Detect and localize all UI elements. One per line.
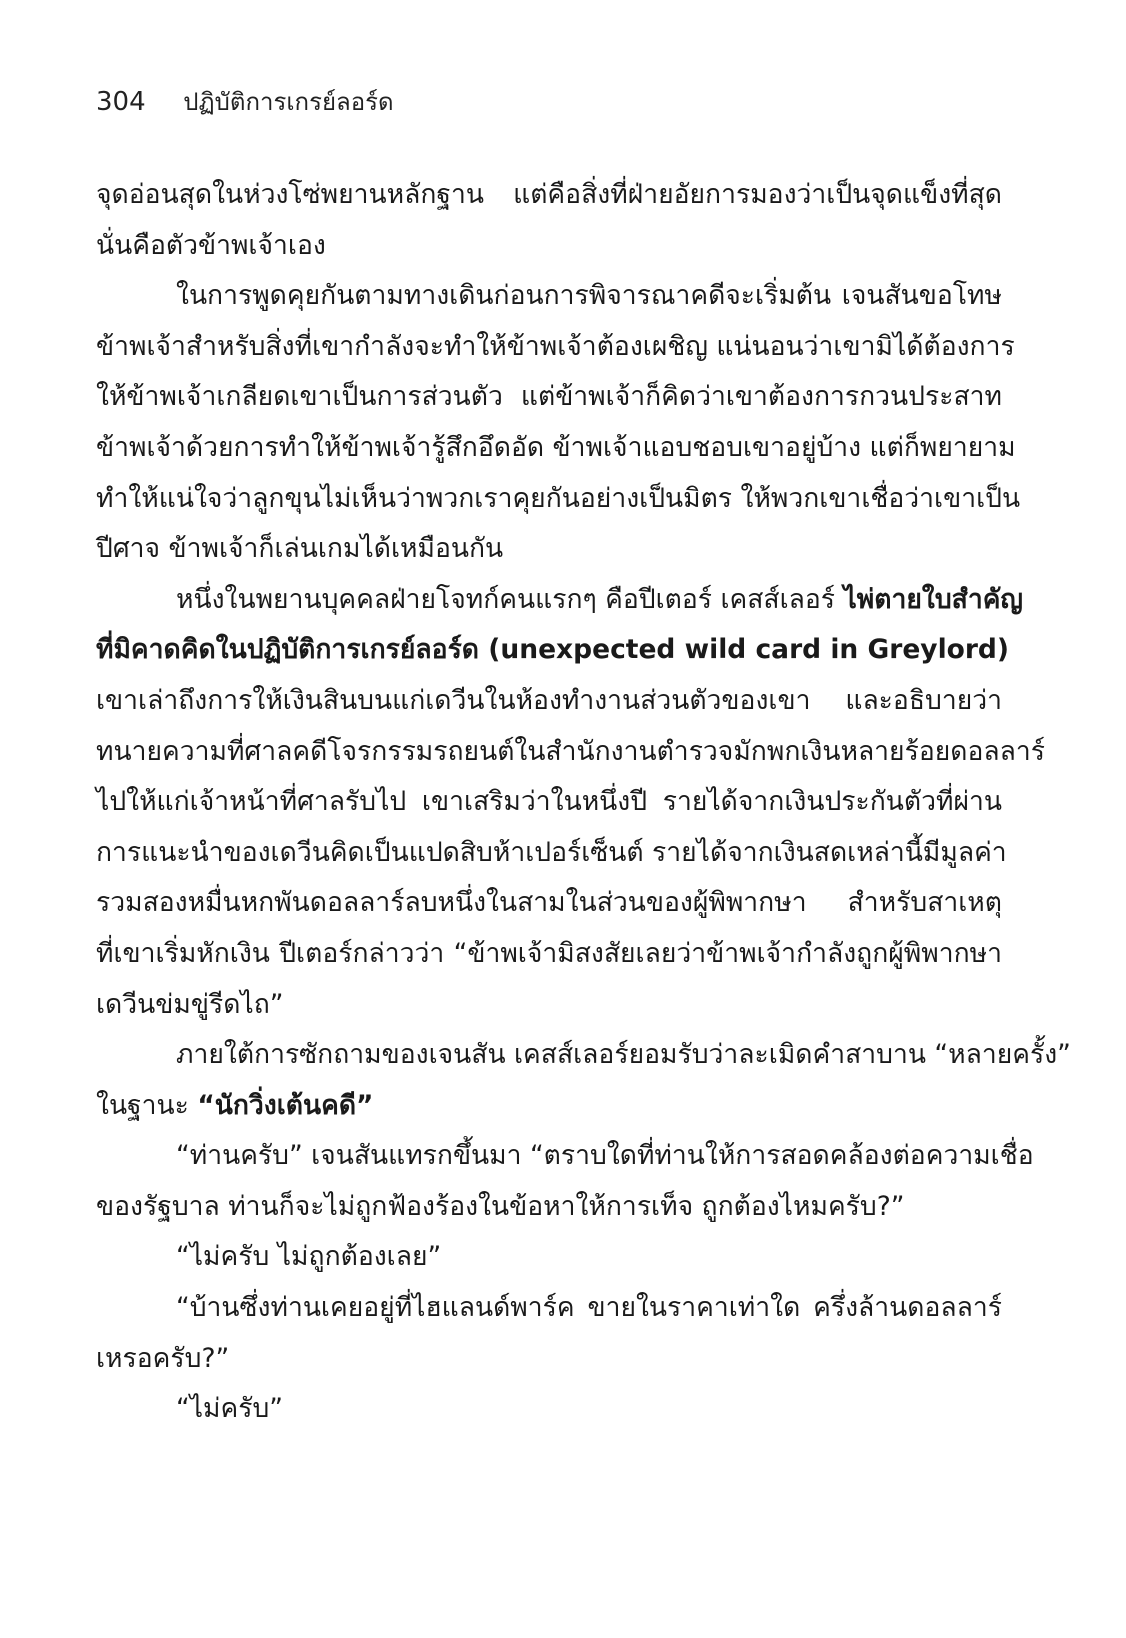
text-line: ปีศาจ ข้าพเจ้าก็เล่นเกมได้เหมือนกัน — [96, 524, 1002, 575]
text-line: ที่มิคาดคิดในปฏิบัติการเกรย์ลอร์ด (unexp… — [96, 625, 1002, 676]
text-line: ให้ข้าพเจ้าเกลียดเขาเป็นการส่วนตัว แต่ข้… — [96, 372, 1002, 423]
paragraph: ภายใต้การซักถามของเจนสัน เคสส์เลอร์ยอมรั… — [96, 1030, 1002, 1131]
text-line: “ไม่ครับ ไม่ถูกต้องเลย” — [96, 1232, 1002, 1283]
bold-text: ที่มิคาดคิดในปฏิบัติการเกรย์ลอร์ด (unexp… — [96, 634, 1009, 665]
paragraph: “ท่านครับ” เจนสันแทรกขึ้นมา “ตราบใดที่ท่… — [96, 1131, 1002, 1232]
text-line: ในการพูดคุยกันตามทางเดินก่อนการพิจารณาคด… — [96, 271, 1002, 322]
text-line: ทนายความที่ศาลคดีโจรกรรมรถยนต์ในสำนักงาน… — [96, 727, 1002, 778]
text-line: ไปให้แก่เจ้าหน้าที่ศาลรับไป เขาเสริมว่าใ… — [96, 777, 1002, 828]
text-line: เดวีนข่มขู่รีดไถ” — [96, 980, 1002, 1031]
paragraph: “บ้านซึ่งท่านเคยอยู่ที่ไฮแลนด์พาร์ค ขายใ… — [96, 1283, 1002, 1384]
text-line: “บ้านซึ่งท่านเคยอยู่ที่ไฮแลนด์พาร์ค ขายใ… — [96, 1283, 1002, 1334]
text-line: ภายใต้การซักถามของเจนสัน เคสส์เลอร์ยอมรั… — [96, 1030, 1002, 1081]
text-line: ข้าพเจ้าด้วยการทำให้ข้าพเจ้ารู้สึกอึดอัด… — [96, 423, 1002, 474]
bold-text: ไพ่ตายใบสำคัญ — [843, 584, 1023, 615]
text-line: เหรอครับ?” — [96, 1334, 1002, 1385]
text-line: ของรัฐบาล ท่านก็จะไม่ถูกฟ้องร้องในข้อหาใ… — [96, 1182, 1002, 1233]
paragraph: จุดอ่อนสุดในห่วงโซ่พยานหลักฐาน แต่คือสิ่… — [96, 170, 1002, 271]
text-line: การแนะนำของเดวีนคิดเป็นแปดสิบห้าเปอร์เซ็… — [96, 828, 1002, 879]
text-line: ข้าพเจ้าสำหรับสิ่งที่เขากำลังจะทำให้ข้าพ… — [96, 322, 1002, 373]
bold-text: “นักวิ่งเต้นคดี” — [197, 1090, 373, 1121]
text-line: เขาเล่าถึงการให้เงินสินบนแก่เดวีนในห้องท… — [96, 676, 1002, 727]
body-text: จุดอ่อนสุดในห่วงโซ่พยานหลักฐาน แต่คือสิ่… — [96, 170, 1002, 1435]
page-number: 304 — [96, 84, 146, 120]
text-segment: หนึ่งในพยานบุคคลฝ่ายโจทก์คนแรกๆ คือปีเตอ… — [176, 584, 843, 615]
text-line: หนึ่งในพยานบุคคลฝ่ายโจทก์คนแรกๆ คือปีเตอ… — [96, 575, 1002, 626]
text-line: จุดอ่อนสุดในห่วงโซ่พยานหลักฐาน แต่คือสิ่… — [96, 170, 1002, 221]
running-header: 304 ปฏิบัติการเกรย์ลอร์ด — [96, 84, 394, 120]
paragraph: “ไม่ครับ” — [96, 1384, 1002, 1435]
text-line: “ไม่ครับ” — [96, 1384, 1002, 1435]
running-title: ปฏิบัติการเกรย์ลอร์ด — [183, 88, 393, 116]
text-line: นั่นคือตัวข้าพเจ้าเอง — [96, 221, 1002, 272]
paragraph: ในการพูดคุยกันตามทางเดินก่อนการพิจารณาคด… — [96, 271, 1002, 575]
text-line: รวมสองหมื่นหกพันดอลลาร์ลบหนึ่งในสามในส่ว… — [96, 878, 1002, 929]
text-line: ที่เขาเริ่มหักเงิน ปีเตอร์กล่าวว่า “ข้าพ… — [96, 929, 1002, 980]
book-page: 304 ปฏิบัติการเกรย์ลอร์ด จุดอ่อนสุดในห่ว… — [0, 0, 1126, 1638]
paragraph: “ไม่ครับ ไม่ถูกต้องเลย” — [96, 1232, 1002, 1283]
text-segment: ในฐานะ — [96, 1090, 197, 1121]
paragraph: หนึ่งในพยานบุคคลฝ่ายโจทก์คนแรกๆ คือปีเตอ… — [96, 575, 1002, 1030]
text-line: “ท่านครับ” เจนสันแทรกขึ้นมา “ตราบใดที่ท่… — [96, 1131, 1002, 1182]
text-line: ในฐานะ “นักวิ่งเต้นคดี” — [96, 1081, 1002, 1132]
text-line: ทำให้แน่ใจว่าลูกขุนไม่เห็นว่าพวกเราคุยกั… — [96, 474, 1002, 525]
